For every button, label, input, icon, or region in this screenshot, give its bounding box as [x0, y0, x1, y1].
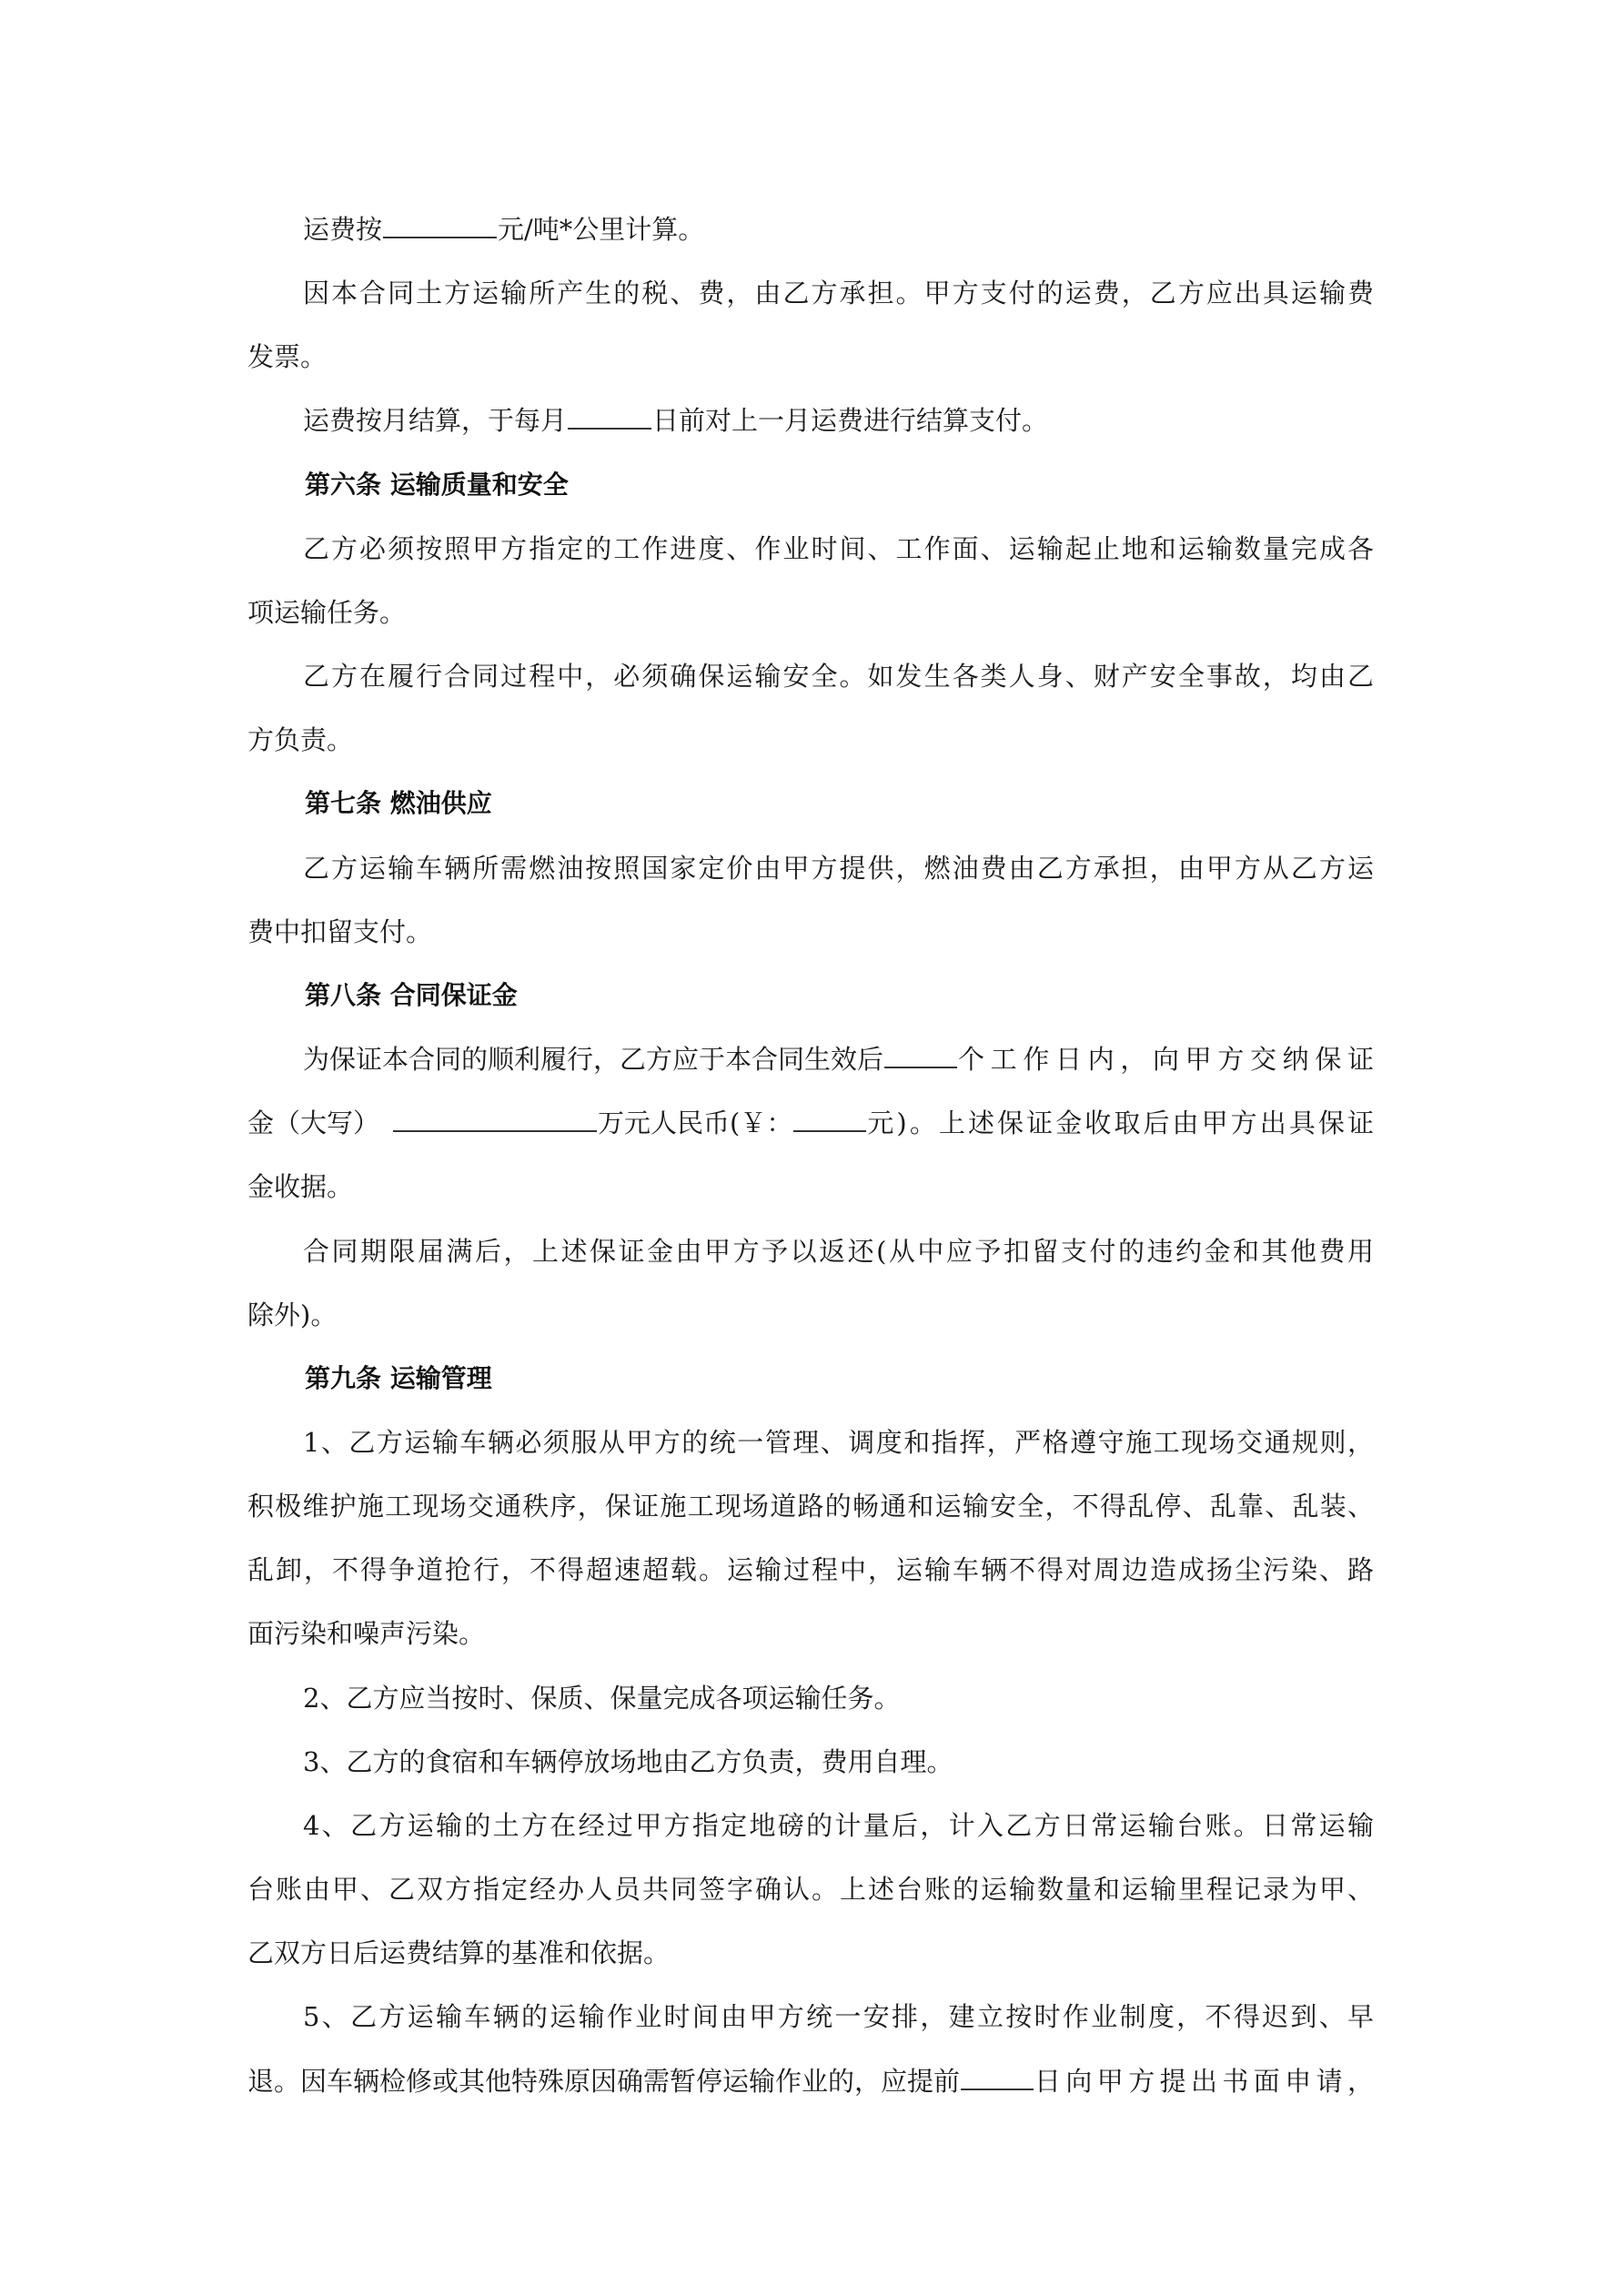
text: 为保证本合同的顺利履行，乙方应于本合同生效后	[303, 1027, 883, 1091]
blank-rate-field[interactable]	[383, 217, 497, 238]
article-8-para-2-line-2: 除外)。	[247, 1283, 1374, 1347]
text: 元/吨*公里计算。	[498, 214, 704, 245]
article-7-heading: 第七条 燃油供应	[247, 772, 1374, 835]
article-9-item-4-line-2: 台账由甲、乙双方指定经办人员共同签字确认。上述台账的运输数量和运输里程记录为甲、	[247, 1857, 1374, 1921]
tax-paragraph-line-1: 因本合同土方运输所产生的税、费，由乙方承担。甲方支付的运费，乙方应出具运输费	[247, 261, 1374, 325]
blank-working-days-field[interactable]	[884, 1047, 957, 1068]
article-9-item-3: 3、乙方的食宿和车辆停放场地由乙方负责，费用自理。	[247, 1730, 1374, 1794]
text: 运费按	[303, 214, 382, 245]
article-6-heading: 第六条 运输质量和安全	[247, 453, 1374, 517]
text: 金（大写）	[247, 1091, 379, 1155]
article-8-para-1-line-2: 金（大写）万元人民币(￥：元)。上述保证金收取后由甲方出具保证	[247, 1091, 1374, 1155]
article-8-para-2-line-1: 合同期限届满后，上述保证金由甲方予以返还(从中应予扣留支付的违约金和其他费用	[247, 1219, 1374, 1283]
text: 个工作日内，向甲方交纳保证	[958, 1027, 1374, 1091]
document-page: 运费按元/吨*公里计算。 因本合同土方运输所产生的税、费，由乙方承担。甲方支付的…	[0, 0, 1624, 2296]
text: 运费按月结算，于每月	[303, 405, 567, 436]
article-6-para-2-line-2: 方负责。	[247, 708, 1374, 772]
article-7-para-1-line-1: 乙方运输车辆所需燃油按照国家定价由甲方提供，燃油费由乙方承担，由甲方从乙方运	[247, 836, 1374, 900]
article-7-para-1-line-2: 费中扣留支付。	[247, 900, 1374, 964]
text: 日前对上一月运费进行结算支付。	[652, 405, 1048, 436]
text: 元)。上述保证金收取后由甲方出具保证	[867, 1091, 1374, 1155]
article-6-para-1-line-1: 乙方必须按照甲方指定的工作进度、作业时间、工作面、运输起止地和运输数量完成各	[247, 517, 1374, 581]
article-9-item-5-line-2: 退。因车辆检修或其他特殊原因确需暂停运输作业的，应提前日向甲方提出书面申请，	[247, 2049, 1374, 2113]
text: 退。因车辆检修或其他特殊原因确需暂停运输作业的，应提前	[247, 2049, 960, 2113]
article-9-item-1-line-2: 积极维护施工现场交通秩序，保证施工现场道路的畅通和运输安全，不得乱停、乱靠、乱装…	[247, 1474, 1374, 1538]
article-9-item-1-line-3: 乱卸，不得争道抢行，不得超速超载。运输过程中，运输车辆不得对周边造成扬尘污染、路	[247, 1538, 1374, 1602]
article-9-item-4-line-3: 乙双方日后运费结算的基准和依据。	[247, 1921, 1374, 1985]
article-8-para-1-line-3: 金收据。	[247, 1155, 1374, 1219]
article-8-heading: 第八条 合同保证金	[247, 964, 1374, 1027]
freight-rate-line: 运费按元/吨*公里计算。	[247, 197, 1374, 261]
blank-settlement-day-field[interactable]	[568, 408, 651, 430]
article-9-item-1-line-1: 1、乙方运输车辆必须服从甲方的统一管理、调度和指挥，严格遵守施工现场交通规则，	[247, 1411, 1374, 1474]
settlement-line: 运费按月结算，于每月日前对上一月运费进行结算支付。	[247, 389, 1374, 452]
article-9-item-4-line-1: 4、乙方运输的土方在经过甲方指定地磅的计量后，计入乙方日常运输台账。日常运输	[247, 1794, 1374, 1857]
article-9-item-1-line-4: 面污染和噪声污染。	[247, 1602, 1374, 1665]
blank-notice-days-field[interactable]	[961, 2068, 1034, 2090]
blank-amount-yuan-field[interactable]	[793, 1110, 866, 1132]
text: 日向甲方提出书面申请，	[1034, 2049, 1374, 2113]
blank-amount-words-field[interactable]	[393, 1110, 597, 1132]
article-6-para-2-line-1: 乙方在履行合同过程中，必须确保运输安全。如发生各类人身、财产安全事故，均由乙	[247, 644, 1374, 708]
article-9-heading: 第九条 运输管理	[247, 1347, 1374, 1411]
article-9-item-2: 2、乙方应当按时、保质、保量完成各项运输任务。	[247, 1666, 1374, 1730]
article-6-para-1-line-2: 项运输任务。	[247, 581, 1374, 644]
article-9-item-5-line-1: 5、乙方运输车辆的运输作业时间由甲方统一安排，建立按时作业制度，不得迟到、早	[247, 1985, 1374, 2048]
tax-paragraph-line-2: 发票。	[247, 325, 1374, 389]
document-body: 运费按元/吨*公里计算。 因本合同土方运输所产生的税、费，由乙方承担。甲方支付的…	[247, 197, 1374, 2113]
text: 万元人民币(￥：	[598, 1091, 792, 1155]
article-8-para-1-line-1: 为保证本合同的顺利履行，乙方应于本合同生效后个工作日内，向甲方交纳保证	[247, 1027, 1374, 1091]
